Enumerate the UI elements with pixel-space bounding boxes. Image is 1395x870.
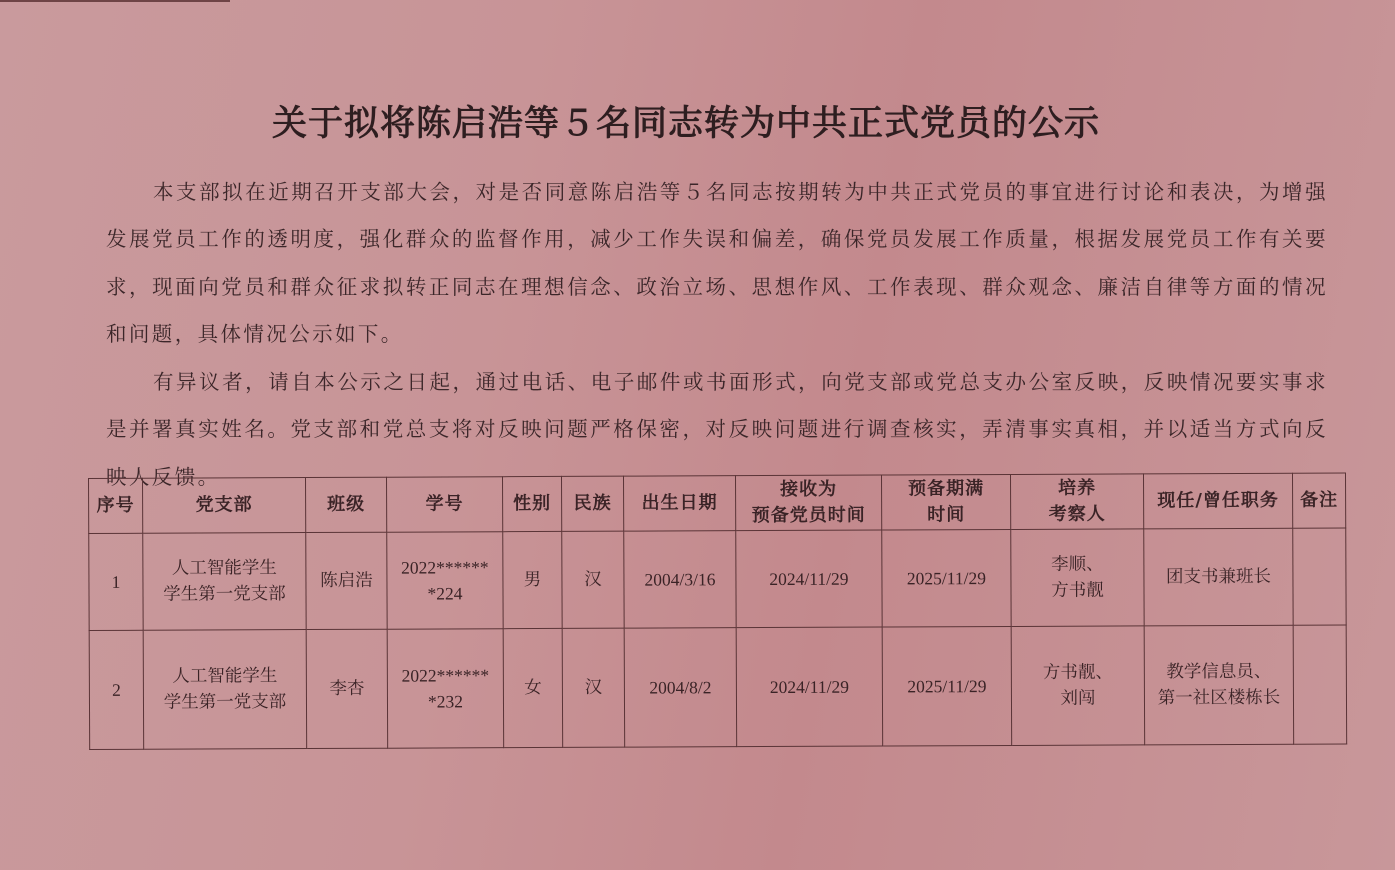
- header-remarks: 备注: [1292, 473, 1345, 528]
- header-mentors: 培养 考察人: [1010, 474, 1143, 530]
- cell-student-id: 2022****** *232: [387, 629, 504, 749]
- body-paragraph-1: 本支部拟在近期召开支部大会，对是否同意陈启浩等５名同志按期转为中共正式党员的事宜…: [106, 169, 1328, 359]
- page-edge-shadow: [0, 0, 230, 2]
- cell-index: 1: [89, 533, 143, 630]
- cell-position: 教学信息员、 第一社区楼栋长: [1144, 625, 1294, 745]
- document-title: 关于拟将陈启浩等５名同志转为中共正式党员的公示: [272, 96, 1162, 146]
- header-index: 序号: [89, 478, 143, 533]
- cell-probationary-date: 2024/11/29: [736, 627, 883, 747]
- cell-gender: 男: [503, 531, 562, 628]
- table-header-row: 序号 党支部 班级 学号 性别 民族 出生日期 接收为 预备党员时间 预备期满 …: [89, 473, 1346, 533]
- table-row: 2 人工智能学生 学生第一党支部 李杏 2022****** *232 女 汉 …: [89, 625, 1347, 749]
- cell-birth-date: 2004/3/16: [624, 531, 736, 628]
- cell-birth-date: 2004/8/2: [624, 628, 737, 747]
- cell-mentors: 李顺、 方书靓: [1011, 529, 1144, 627]
- candidates-table: 序号 党支部 班级 学号 性别 民族 出生日期 接收为 预备党员时间 预备期满 …: [88, 473, 1347, 750]
- cell-branch: 人工智能学生 学生第一党支部: [143, 630, 307, 750]
- cell-branch: 人工智能学生 学生第一党支部: [143, 533, 306, 631]
- cell-ethnicity: 汉: [562, 531, 624, 628]
- cell-remarks: [1293, 528, 1346, 625]
- cell-ethnicity: 汉: [562, 628, 625, 747]
- header-student-id: 学号: [386, 477, 502, 533]
- header-class: 班级: [306, 477, 387, 532]
- header-birth-date: 出生日期: [623, 476, 735, 531]
- cell-probation-end: 2025/11/29: [882, 529, 1011, 627]
- cell-probationary-date: 2024/11/29: [736, 530, 882, 628]
- header-probation-end: 预备期满 时间: [881, 474, 1010, 530]
- header-branch: 党支部: [143, 478, 306, 534]
- header-position: 现任/曾任职务: [1143, 473, 1292, 529]
- cell-remarks: [1293, 625, 1347, 744]
- header-gender: 性别: [502, 476, 561, 531]
- cell-student-id: 2022****** *224: [387, 532, 503, 630]
- header-probationary-date: 接收为 预备党员时间: [735, 475, 881, 531]
- cell-probation-end: 2025/11/29: [882, 626, 1012, 746]
- cell-gender: 女: [503, 628, 563, 747]
- cell-mentors: 方书靓、 刘闯: [1011, 626, 1145, 746]
- cell-position: 团支书兼班长: [1144, 528, 1293, 626]
- header-ethnicity: 民族: [561, 476, 623, 531]
- cell-class: 陈启浩: [306, 532, 387, 629]
- cell-index: 2: [89, 630, 144, 749]
- table-row: 1 人工智能学生 学生第一党支部 陈启浩 2022****** *224 男 汉…: [89, 528, 1346, 630]
- cell-class: 李杏: [306, 629, 388, 748]
